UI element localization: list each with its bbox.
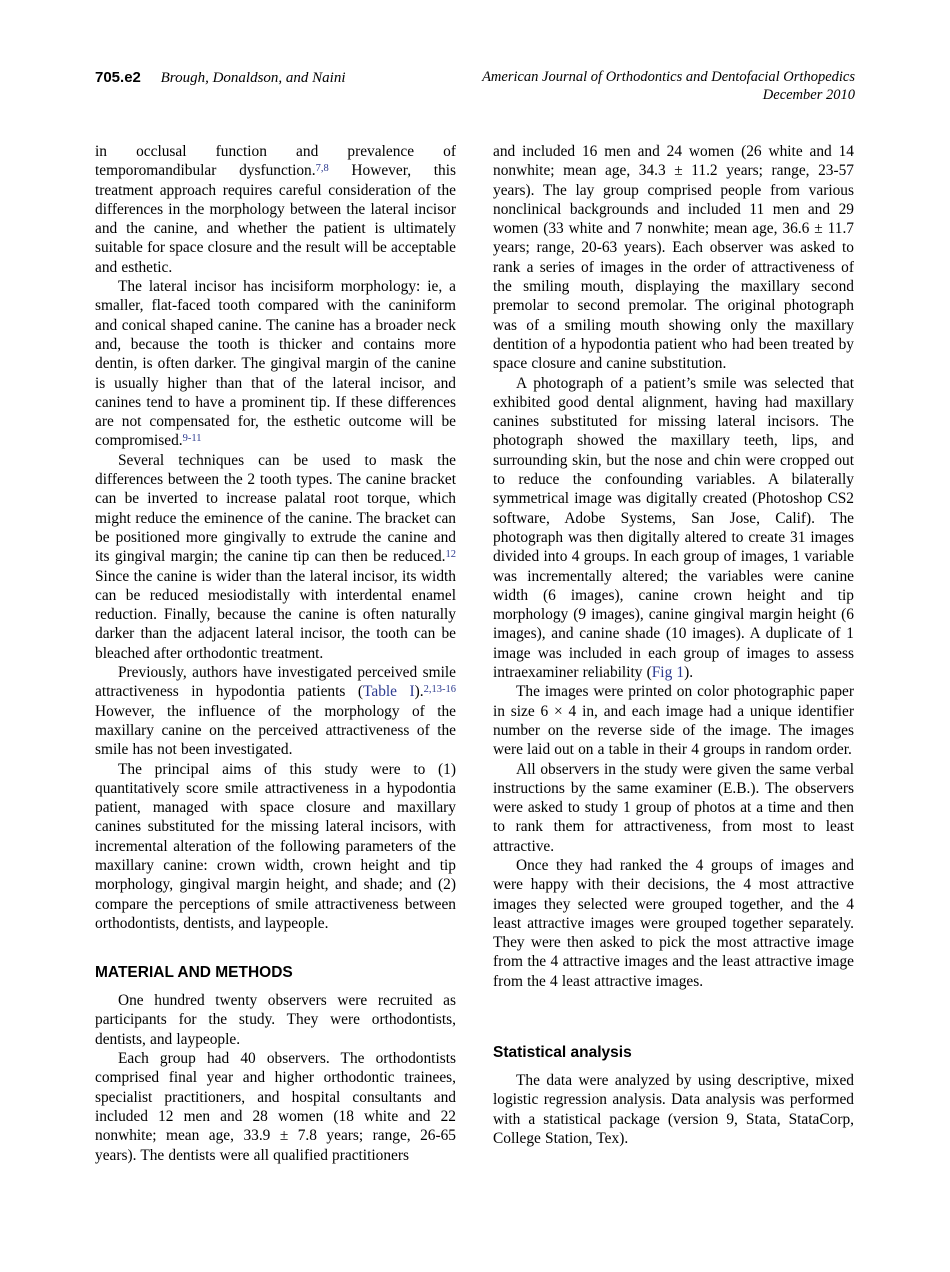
paragraph: The principal aims of this study were to… — [95, 760, 456, 934]
running-authors: Brough, Donaldson, and Naini — [161, 70, 346, 86]
issue-date: December 2010 — [482, 87, 855, 105]
paragraph: All observers in the study were given th… — [493, 760, 854, 856]
paragraph: The images were printed on color photogr… — [493, 682, 854, 759]
running-head-right: American Journal of Orthodontics and Den… — [482, 69, 855, 104]
paragraph: Each group had 40 observers. The orthodo… — [95, 1049, 456, 1165]
journal-page: 705.e2 Brough, Donaldson, and Naini Amer… — [0, 0, 950, 1272]
left-column: in occlusal function and prevalence of t… — [95, 142, 456, 1165]
journal-name: American Journal of Orthodontics and Den… — [482, 69, 855, 87]
citation-link[interactable]: 2,13-16 — [424, 684, 456, 695]
page-header: 705.e2 Brough, Donaldson, and Naini Amer… — [95, 69, 855, 104]
cross-reference-link[interactable]: Fig 1 — [652, 664, 684, 681]
paragraph: Previously, authors have investigated pe… — [95, 663, 456, 759]
page-number: 705.e2 — [95, 69, 141, 86]
paragraph: in occlusal function and prevalence of t… — [95, 142, 456, 277]
citation-link[interactable]: 12 — [446, 549, 457, 560]
material-and-methods-heading: MATERIAL AND METHODS — [95, 963, 456, 982]
paragraph: One hundred twenty observers were recrui… — [95, 991, 456, 1049]
paragraph: The data were analyzed by using descript… — [493, 1071, 854, 1148]
right-column: and included 16 men and 24 women (26 whi… — [493, 142, 854, 1165]
paragraph: Once they had ranked the 4 groups of ima… — [493, 856, 854, 991]
citation-link[interactable]: 9-11 — [183, 433, 202, 444]
paragraph: A photograph of a patient’s smile was se… — [493, 374, 854, 683]
citation-link[interactable]: 7,8 — [316, 163, 329, 174]
statistical-analysis-heading: Statistical analysis — [493, 1043, 854, 1062]
paragraph: and included 16 men and 24 women (26 whi… — [493, 142, 854, 374]
paragraph: The lateral incisor has incisiform morph… — [95, 277, 456, 451]
cross-reference-link[interactable]: Table I — [363, 683, 415, 700]
paragraph: Several techniques can be used to mask t… — [95, 451, 456, 663]
article-body: in occlusal function and prevalence of t… — [95, 142, 855, 1165]
running-head-left: 705.e2 Brough, Donaldson, and Naini — [95, 69, 346, 87]
